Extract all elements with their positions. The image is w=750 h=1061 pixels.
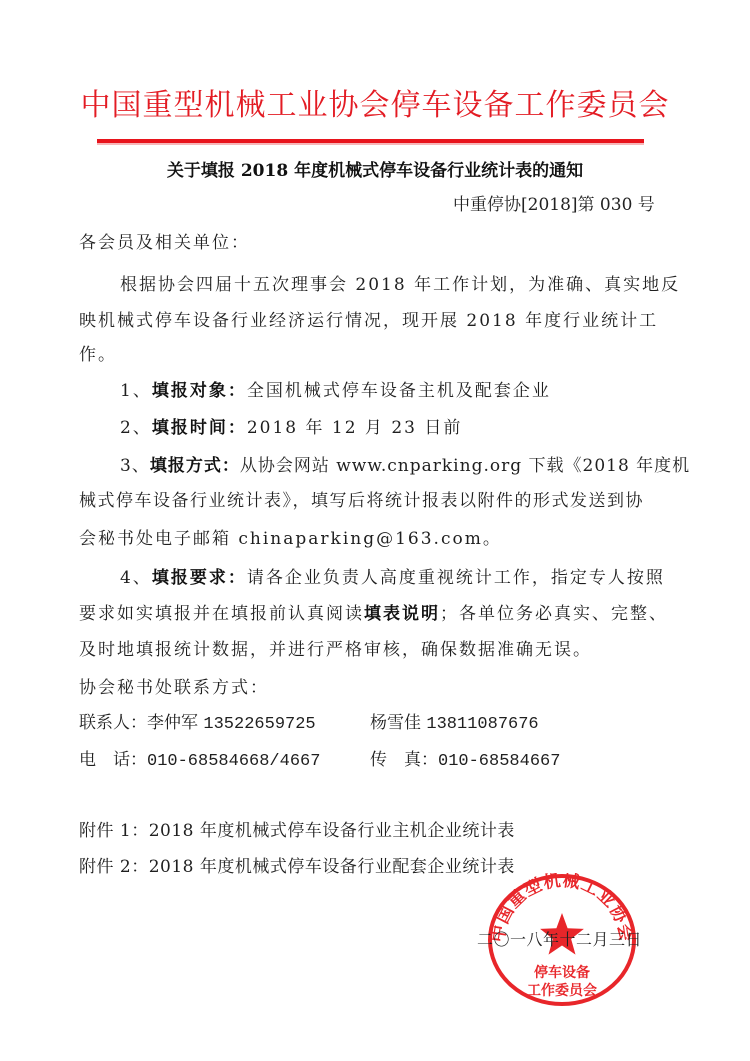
intro-line-3: 作。 — [79, 343, 679, 367]
document-number: 中重停协[2018]第 030 号 — [453, 193, 655, 217]
contact-name: 李仲军 — [147, 713, 198, 733]
item-deadline: 2、填报时间：2018 年 12 月 23 日前 — [79, 416, 720, 440]
item-requirements-line-3: 及时地填报统计数据，并进行严格审核，确保数据准确无误。 — [79, 638, 679, 662]
intro-line-2: 映机械式停车设备行业经济运行情况，现开展 2018 年度行业统计工 — [79, 309, 679, 333]
contact-name: 杨雪佳 — [370, 713, 421, 733]
item-method-line-2: 械式停车设备行业统计表》，填写后将统计报表以附件的形式发送到协 — [79, 489, 679, 513]
item-text: 全国机械式停车设备主机及配套企业 — [247, 381, 551, 401]
contact-phone: 13522659725 — [203, 715, 315, 734]
attachment-1: 附件 1：2018 年度机械式停车设备行业主机企业统计表 — [79, 819, 679, 843]
seal-center-line-1: 停车设备 — [534, 964, 590, 981]
item-requirements: 4、填报要求：请各企业负责人高度重视统计工作，指定专人按照 — [79, 566, 720, 590]
item-label: 填报要求： — [152, 568, 247, 588]
contact-phone: 13811087676 — [426, 715, 538, 734]
fax-number: 010-68584667 — [438, 752, 560, 771]
item-text: 要求如实填报并在填报前认真阅读 — [79, 604, 364, 624]
tel-label: 电 话： — [79, 750, 147, 770]
item-text: 2018 年 12 月 23 日前 — [247, 418, 463, 438]
header-divider — [97, 139, 644, 143]
contact-people-row: 联系人：李仲军 13522659725 杨雪佳 13811087676 — [79, 711, 679, 737]
notice-title: 关于填报 2018 年度机械式停车设备行业统计表的通知 — [0, 158, 750, 184]
item-label: 填报方式： — [150, 456, 240, 476]
item-text: ；各单位务必真实、完整、 — [440, 604, 668, 624]
intro-line-1: 根据协会四届十五次理事会 2018 年工作计划，为准确、真实地反 — [79, 273, 720, 297]
tel-number: 010-68584668/4667 — [147, 752, 320, 771]
contact-tel-fax-row: 电 话：010-68584668/4667 传 真：010-68584667 — [79, 748, 679, 774]
issue-date: 二〇一八年十二月三日 — [477, 929, 642, 951]
item-label: 填报时间： — [152, 418, 247, 438]
item-number: 1、 — [120, 381, 152, 401]
item-method-line-3: 会秘书处电子邮箱 chinaparking@163.com。 — [79, 527, 679, 551]
item-number: 3、 — [120, 456, 150, 476]
item-number: 4、 — [120, 568, 152, 588]
item-number: 2、 — [120, 418, 152, 438]
contact-label: 联系人： — [79, 713, 147, 733]
organization-title: 中国重型机械工业协会停车设备工作委员会 — [0, 88, 750, 124]
item-requirements-line-2: 要求如实填报并在填报前认真阅读填表说明；各单位务必真实、完整、 — [79, 602, 679, 626]
fax-label: 传 真： — [370, 750, 438, 770]
item-label: 填报对象： — [152, 381, 247, 401]
item-method: 3、填报方式：从协会网站 www.cnparking.org 下载《2018 年… — [79, 454, 720, 478]
form-instructions-emphasis: 填表说明 — [364, 604, 440, 624]
item-text: 从协会网站 www.cnparking.org 下载《2018 年度机 — [240, 456, 690, 476]
salutation: 各会员及相关单位： — [79, 231, 679, 255]
item-text: 请各企业负责人高度重视统计工作，指定专人按照 — [247, 568, 665, 588]
item-target: 1、填报对象：全国机械式停车设备主机及配套企业 — [79, 379, 720, 403]
contact-heading: 协会秘书处联系方式： — [79, 676, 679, 700]
seal-center-line-2: 工作委员会 — [527, 982, 597, 999]
